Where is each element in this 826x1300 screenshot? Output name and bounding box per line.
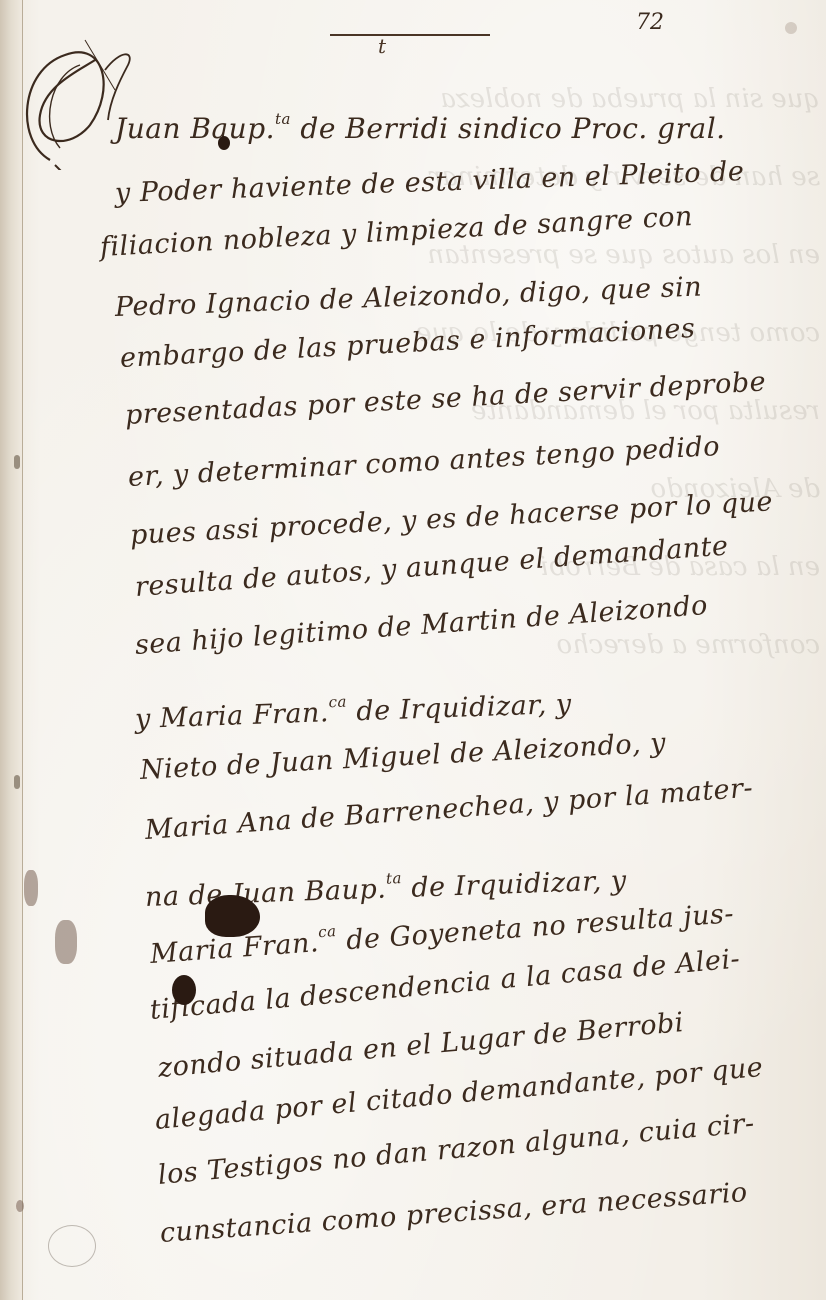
- manuscript-line-10: sea hijo legitimo de Martin de Aleizondo: [134, 590, 709, 661]
- ink-blot: [218, 136, 230, 150]
- manuscript-line-6: presentadas por este se ha de servir dep…: [124, 366, 767, 431]
- pencil-doodle: [48, 1225, 96, 1267]
- manuscript-line-2: y Poder haviente de esta villa en el Ple…: [114, 156, 744, 209]
- ink-blot: [205, 895, 260, 937]
- manuscript-line-11: y Maria Fran.ca de Irquidizar, y: [134, 685, 572, 735]
- manuscript-body: Juan Baup.ta de Berridi sindico Proc. gr…: [0, 0, 826, 1300]
- manuscript-line-5: embargo de las pruebas e informaciones: [119, 313, 696, 374]
- manuscript-page: que sin la prueba de nobleza se han de s…: [0, 0, 826, 1300]
- manuscript-line-3: filiacion nobleza y limpieza de sangre c…: [99, 201, 693, 263]
- manuscript-line-20: cunstancia como precissa, era necessario: [159, 1177, 749, 1249]
- manuscript-line-13: Maria Ana de Barrenechea, y por la mater…: [144, 773, 754, 846]
- paper-spot: [16, 1200, 24, 1212]
- manuscript-line-1: Juan Baup.ta de Berridi sindico Proc. gr…: [115, 110, 726, 145]
- manuscript-line-4: Pedro Ignacio de Aleizondo, digo, que si…: [114, 272, 702, 323]
- manuscript-line-12: Nieto de Juan Miguel de Aleizondo, y: [139, 727, 667, 786]
- ink-smudge: [24, 870, 38, 906]
- manuscript-line-7: er, y determinar como antes tengo pedido: [127, 431, 721, 493]
- ink-smudge: [55, 920, 77, 964]
- ink-blot: [172, 975, 196, 1005]
- paper-spot: [785, 22, 797, 34]
